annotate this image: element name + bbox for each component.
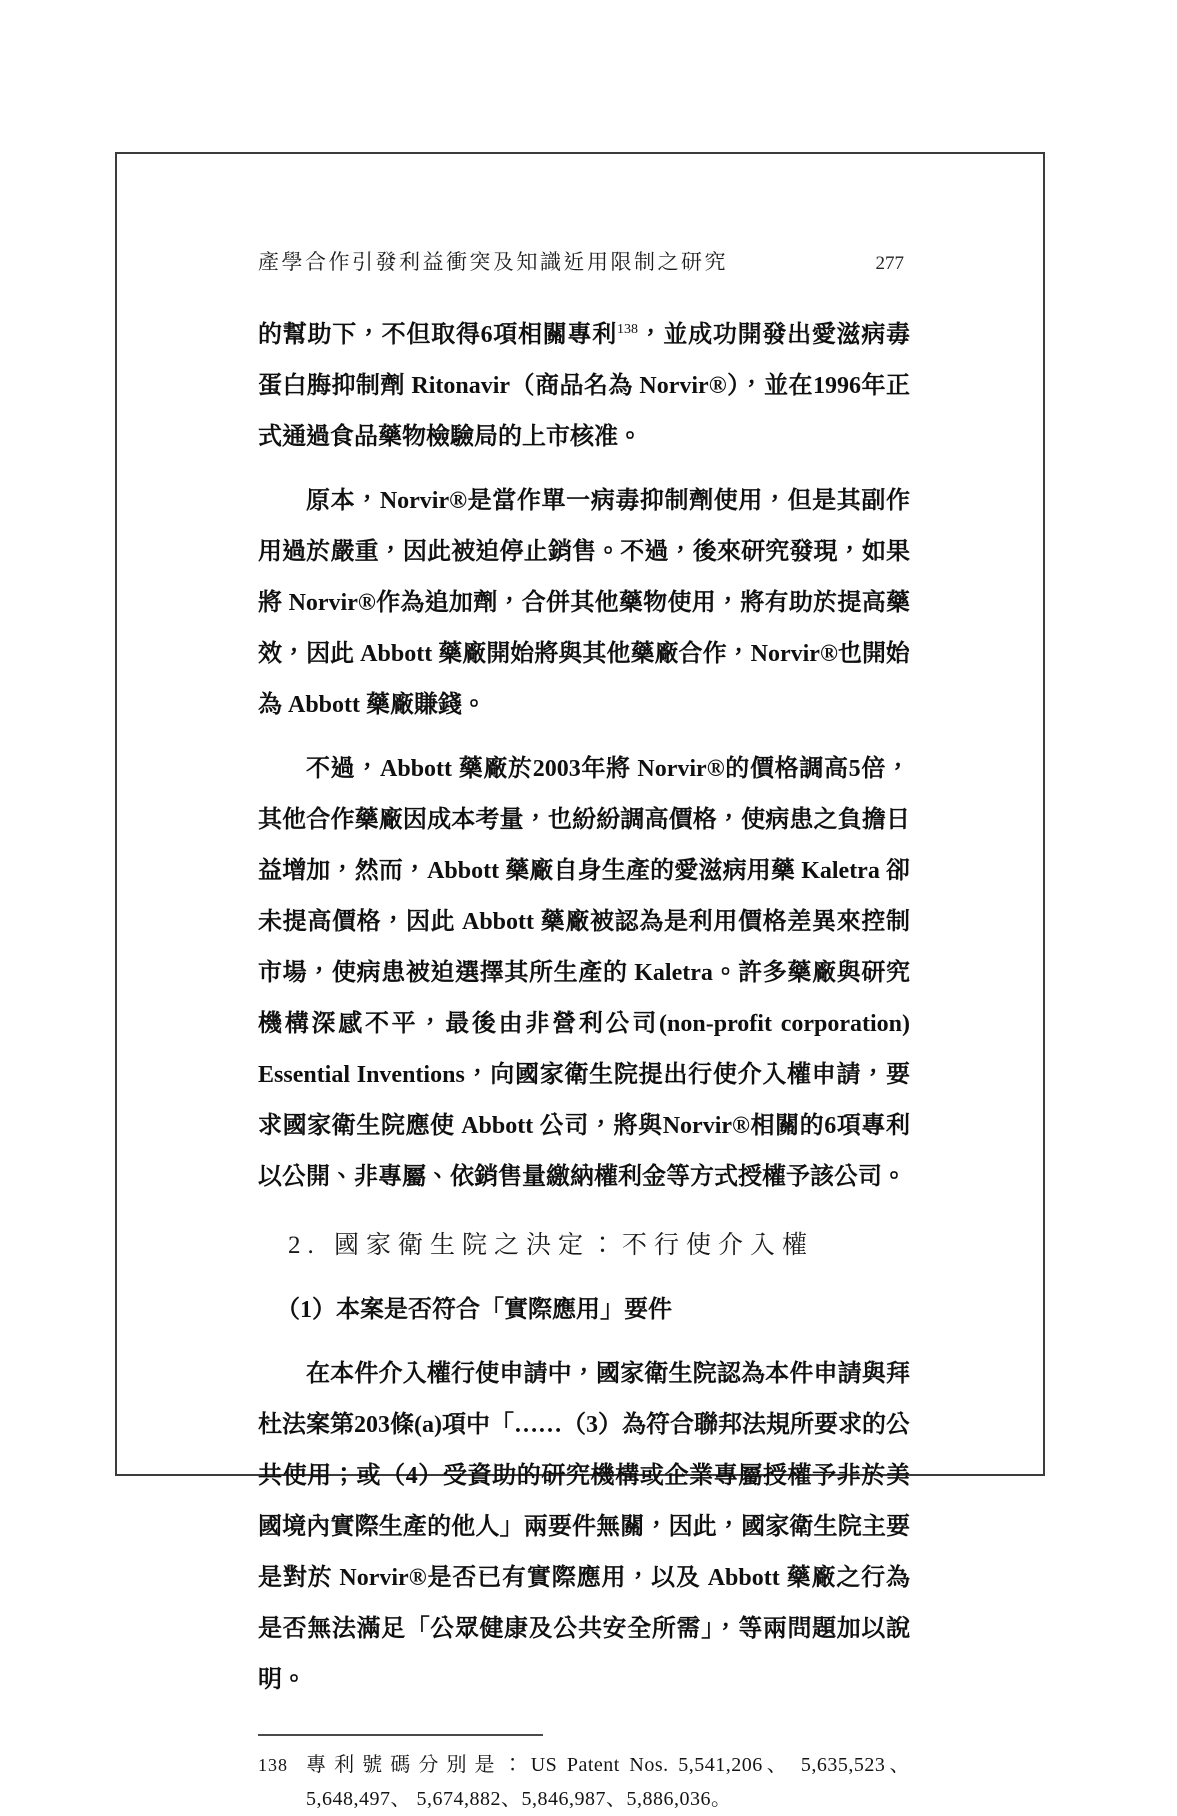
footnote-separator-rule bbox=[258, 1734, 543, 1736]
page-content: 產學合作引發利益衝突及知識近用限制之研究 277 的幫助下，不但取得6項相關專利… bbox=[258, 246, 910, 1816]
section-heading-2: 2. 國家衛生院之決定：不行使介入權 bbox=[258, 1221, 910, 1271]
paragraph-1-text: 的幫助下，不但取得6項相關專利 bbox=[258, 322, 617, 348]
footnote-label: 專利號碼分別是： bbox=[302, 1754, 531, 1776]
paragraph-4: 在本件介入權行使申請中，國家衛生院認為本件申請與拜杜法案第203條(a)項中「…… bbox=[258, 1349, 910, 1706]
running-title: 產學合作引發利益衝突及知識近用限制之研究 bbox=[258, 246, 728, 276]
footnote-block: 138專利號碼分別是：US Patent Nos. 5,541,206、 5,6… bbox=[258, 1734, 910, 1816]
page-number: 277 bbox=[876, 253, 911, 275]
body-text: 的幫助下，不但取得6項相關專利138，並成功開發出愛滋病毒蛋白脢抑制劑 Rito… bbox=[258, 310, 910, 1706]
page-header: 產學合作引發利益衝突及知識近用限制之研究 277 bbox=[258, 246, 910, 276]
paragraph-1: 的幫助下，不但取得6項相關專利138，並成功開發出愛滋病毒蛋白脢抑制劑 Rito… bbox=[258, 310, 910, 463]
document-canvas: 產學合作引發利益衝突及知識近用限制之研究 277 的幫助下，不但取得6項相關專利… bbox=[0, 0, 1177, 1664]
footnote-138: 138專利號碼分別是：US Patent Nos. 5,541,206、 5,6… bbox=[258, 1748, 910, 1816]
sub-heading-1: （1）本案是否符合「實際應用」要件 bbox=[258, 1285, 910, 1335]
footnote-number: 138 bbox=[258, 1755, 288, 1775]
paragraph-3: 不過，Abbott 藥廠於2003年將 Norvir®的價格調高5倍，其他合作藥… bbox=[258, 744, 910, 1203]
footnote-reference-138: 138 bbox=[617, 322, 638, 337]
page-frame: 產學合作引發利益衝突及知識近用限制之研究 277 的幫助下，不但取得6項相關專利… bbox=[115, 152, 1045, 1476]
paragraph-2: 原本，Norvir®是當作單一病毒抑制劑使用，但是其副作用過於嚴重，因此被迫停止… bbox=[258, 476, 910, 731]
